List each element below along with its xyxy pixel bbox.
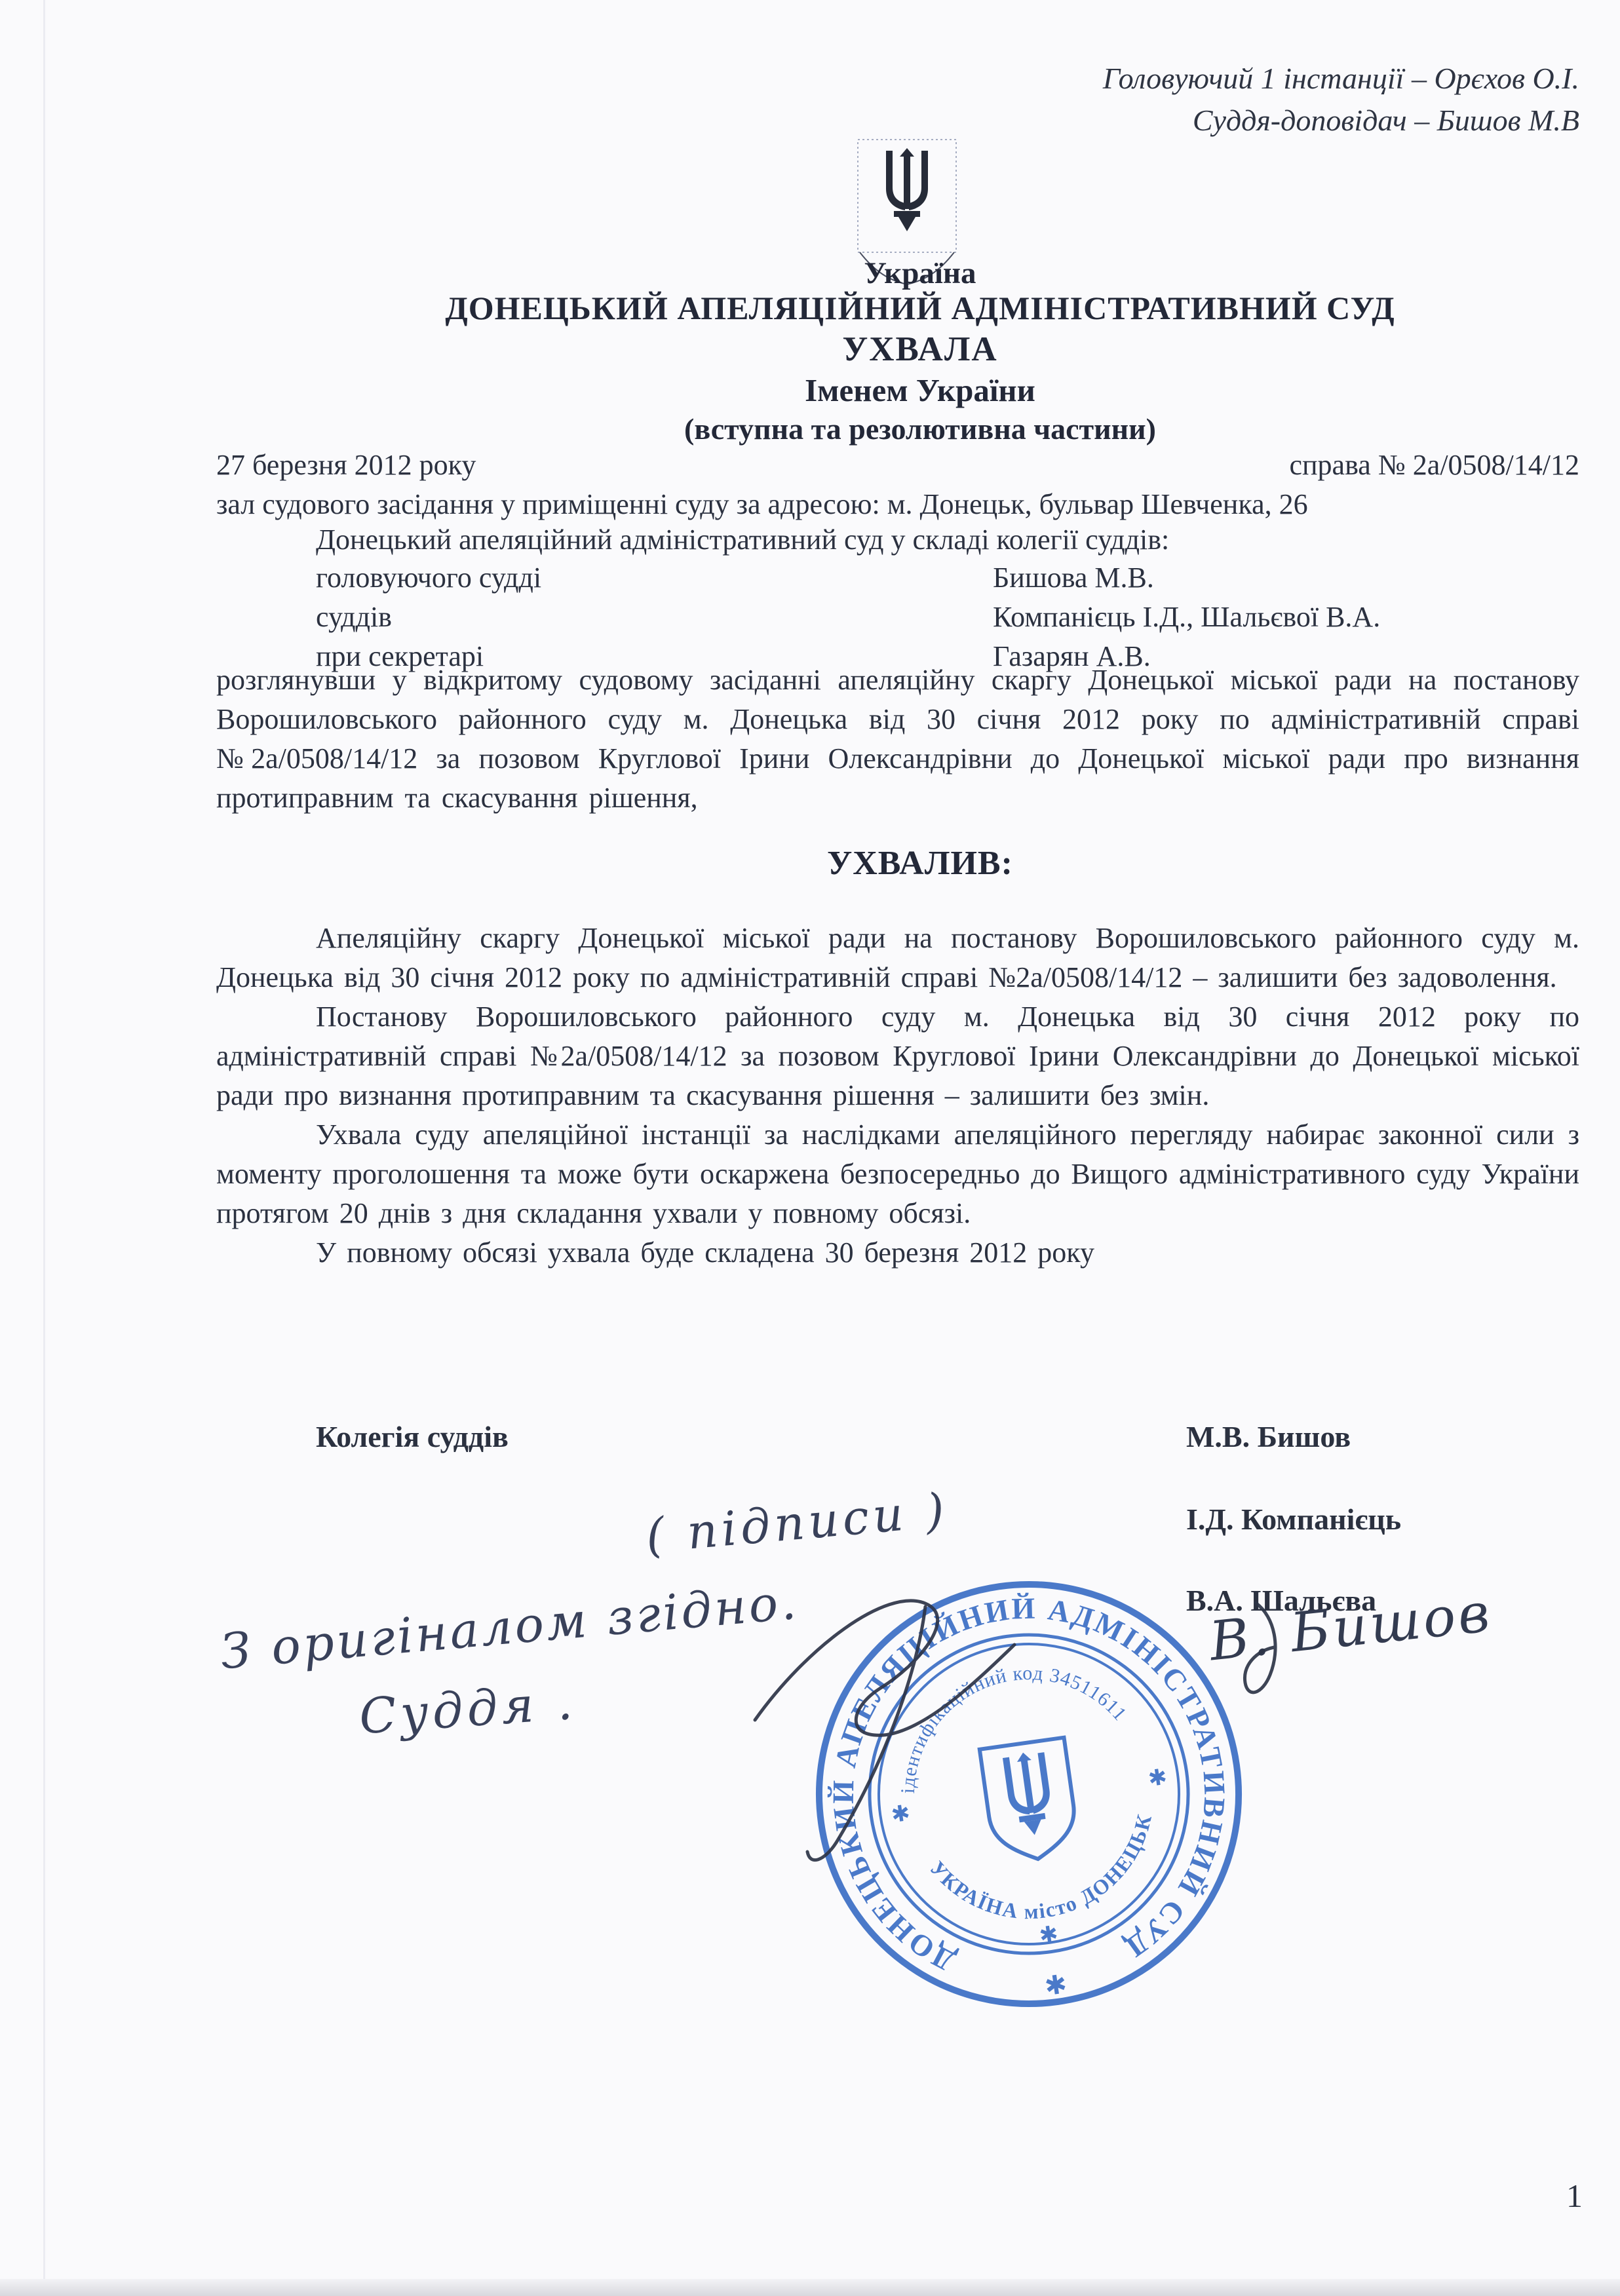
ruling-paragraph-1: Апеляційну скаргу Донецької міської ради… (216, 919, 1579, 997)
stamp-star-inner-bottom: ✱ (1038, 1922, 1060, 1949)
stamp-country-city-text: УКРАЇНА місто ДОНЕЦЬК (921, 1808, 1168, 1938)
svg-text:УКРАЇНА місто ДОНЕЦЬК: УКРАЇНА місто ДОНЕЦЬК (921, 1808, 1168, 1938)
judge-name-kompaniets: І.Д. Компанієць (1186, 1502, 1401, 1537)
ruling-paragraph-3: Ухвала суду апеляційної інстанції за нас… (216, 1115, 1579, 1233)
handwritten-certified-line: З оригіналом згідно. (218, 1574, 801, 1681)
stamp-star-left: ✱ (890, 1801, 912, 1828)
ruling-paragraph-4: У повному обсязі ухвала буде складена 30… (216, 1233, 1579, 1272)
panel-signature-label: Колегія суддів (316, 1419, 509, 1454)
presiding-first-instance-line: Головуючий 1 інстанції – Орєхов О.І. (1103, 58, 1579, 100)
scan-edge-artifact (0, 2279, 1620, 2296)
venue-line: зал судового засідання у приміщенні суду… (216, 485, 1579, 524)
page-number: 1 (1566, 2177, 1583, 2215)
handwritten-judge-label: Суддя . (357, 1674, 578, 1746)
letterhead-parts-note: (вступна та резолютивна частини) (216, 411, 1602, 446)
ruling-paragraph-2: Постанову Ворошиловського районного суду… (216, 997, 1579, 1115)
handwritten-signatures-note: ( підписи ) (644, 1482, 950, 1563)
scan-edge-artifact (43, 0, 45, 2296)
court-seal-stamp: ДОНЕЦЬКИЙ АПЕЛЯЦІЙНИЙ АДМІНІСТРАТИВНИЙ С… (809, 1571, 1248, 2017)
stamp-star-right: ✱ (1147, 1765, 1168, 1792)
letterhead-court-name: ДОНЕЦЬКИЙ АПЕЛЯЦІЙНИЙ АДМІНІСТРАТИВНИЙ С… (216, 289, 1602, 327)
role-name-presiding: Бишова М.В. (993, 561, 1154, 594)
role-label-judges: суддів (316, 600, 392, 634)
judge-rapporteur-line: Суддя-доповідач – Бишов М.В (1103, 100, 1579, 142)
stamp-star-outer-bottom: ✱ (1043, 1969, 1068, 2001)
role-name-judges: Компанієць І.Д., Шальєвої В.А. (993, 600, 1380, 634)
judge-name-byshov: М.В. Бишов (1186, 1419, 1351, 1454)
letterhead-in-the-name: Іменем України (216, 372, 1602, 409)
ruling-heading: УХВАЛИВ: (216, 844, 1602, 883)
ruling-paragraphs: Апеляційну скаргу Донецької міської ради… (216, 919, 1579, 1272)
letterhead-country: Україна (216, 256, 1602, 291)
panel-intro-line: Донецький апеляційний адміністративний с… (316, 523, 1169, 556)
case-number: справа № 2а/0508/14/12 (1289, 446, 1579, 485)
stamp-trident-shield-icon (980, 1738, 1081, 1865)
header-judges-note: Головуючий 1 інстанції – Орєхов О.І. Суд… (1103, 58, 1579, 142)
considered-paragraph: розглянувши у відкритому судовому засіда… (216, 660, 1579, 818)
hearing-date: 27 березня 2012 року (216, 446, 476, 485)
letterhead-document-type: УХВАЛА (216, 330, 1602, 369)
role-label-presiding: головуючого судді (316, 561, 541, 594)
scanned-court-decision-page: Головуючий 1 інстанції – Орєхов О.І. Суд… (0, 0, 1620, 2296)
